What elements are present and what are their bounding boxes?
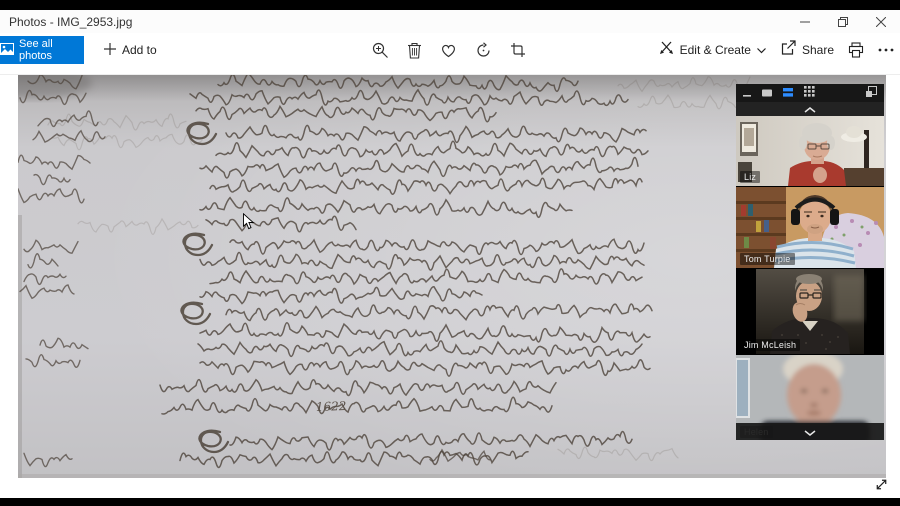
participant-name: Liz <box>740 171 760 183</box>
heart-icon <box>440 43 457 58</box>
edit-create-button[interactable]: Edit & Create <box>659 40 766 60</box>
participant-tile-liz[interactable]: Liz <box>736 116 884 186</box>
plus-icon <box>104 43 116 58</box>
participant-tiles: Liz <box>736 116 884 440</box>
participant-name: Tom Turpie <box>740 253 795 265</box>
zoom-button[interactable] <box>372 42 389 59</box>
crop-button[interactable] <box>510 42 526 58</box>
rotate-button[interactable] <box>475 42 492 59</box>
close-button[interactable] <box>862 10 900 33</box>
see-all-photos-label: See all photos <box>19 38 84 62</box>
participant-tile-jim[interactable]: Jim McLeish <box>736 269 884 354</box>
rotate-icon <box>475 42 492 59</box>
see-all-photos-button[interactable]: See all photos <box>0 36 84 64</box>
trash-icon <box>407 42 422 59</box>
scroll-up-button[interactable] <box>736 102 884 116</box>
expand-button[interactable] <box>872 478 890 496</box>
add-to-label: Add to <box>122 43 157 57</box>
window-controls <box>786 10 900 33</box>
close-icon <box>876 17 886 27</box>
crop-icon <box>510 42 526 58</box>
speaker-view-icon[interactable] <box>762 84 772 102</box>
edit-pens-icon <box>659 40 674 60</box>
printer-icon <box>848 42 864 58</box>
toolbar-right: Edit & Create Share <box>659 36 894 64</box>
photo-gallery-icon <box>0 43 14 58</box>
pop-out-icon[interactable] <box>866 84 877 102</box>
zoom-icon <box>372 42 389 59</box>
see-more-button[interactable] <box>878 48 894 52</box>
screen: Photos - IMG_2953.jpg <box>0 0 900 506</box>
scroll-down-button[interactable] <box>736 423 884 440</box>
manuscript-date-1622: 1622 <box>316 399 347 414</box>
minimize-icon <box>800 17 810 27</box>
delete-button[interactable] <box>407 42 422 59</box>
titlebar: Photos - IMG_2953.jpg <box>0 10 900 33</box>
toolbar-center <box>372 36 526 64</box>
share-label: Share <box>802 43 834 57</box>
maximize-restore-button[interactable] <box>824 10 862 33</box>
panel-minimize-icon[interactable] <box>743 84 751 102</box>
edit-create-label: Edit & Create <box>680 43 751 57</box>
diagonal-resize-icon <box>874 477 889 497</box>
video-call-panel: Liz <box>736 84 884 440</box>
letterbox-top <box>0 0 900 10</box>
ellipsis-icon <box>878 48 894 52</box>
favorite-button[interactable] <box>440 43 457 58</box>
share-button[interactable]: Share <box>780 40 834 60</box>
photos-app-window: Photos - IMG_2953.jpg <box>0 10 900 488</box>
participant-tile-tom[interactable]: Tom Turpie <box>736 187 884 268</box>
strip-view-icon[interactable] <box>783 84 793 102</box>
minimize-button[interactable] <box>786 10 824 33</box>
toolbar: See all photos Add to <box>0 33 900 75</box>
share-icon <box>780 40 796 60</box>
window-title: Photos - IMG_2953.jpg <box>0 15 132 29</box>
chevron-down-icon <box>804 423 816 441</box>
add-to-button[interactable]: Add to <box>98 36 163 64</box>
photo-canvas: 1622 <box>0 75 900 498</box>
print-button[interactable] <box>848 42 864 58</box>
restore-icon <box>838 17 848 27</box>
chevron-down-icon <box>757 41 766 59</box>
participant-name: Jim McLeish <box>740 339 800 351</box>
